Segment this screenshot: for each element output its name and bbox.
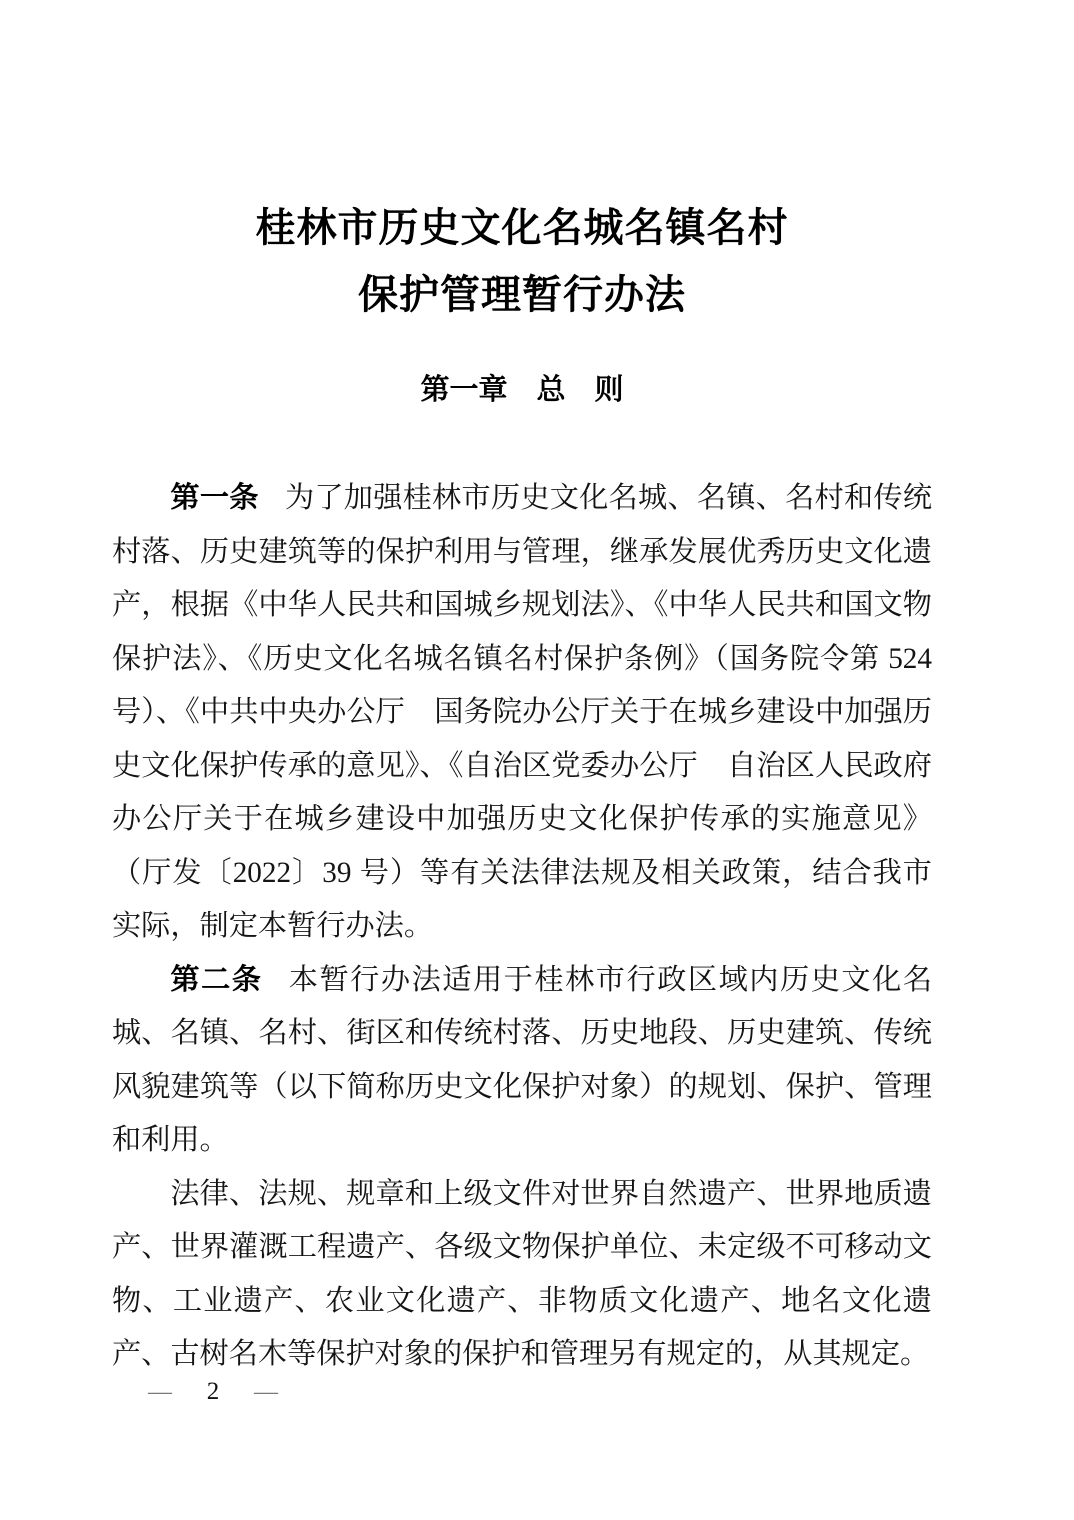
document-title: 桂林市历史文化名城名镇名村 保护管理暂行办法 [112,194,932,328]
document-title-line1: 桂林市历史文化名城名镇名村 [112,194,932,261]
document-page: 桂林市历史文化名城名镇名村 保护管理暂行办法 第一章 总 则 第一条为了加强桂林… [0,0,1074,1520]
document-title-line2: 保护管理暂行办法 [112,261,932,328]
document-body: 第一条为了加强桂林市历史文化名城、名镇、名村和传统村落、历史建筑等的保护利用与管… [112,472,932,1382]
page-footer: — 2 — [148,1378,278,1406]
article-1-number: 第一条 [170,482,258,514]
article-3-text: 法律、法规、规章和上级文件对世界自然遗产、世界地质遗产、世界灌溉工程遗产、各级文… [112,1178,932,1371]
footer-dash-right: — [254,1379,278,1406]
chapter-heading: 第一章 总 则 [112,370,932,410]
footer-dash-left: — [148,1379,172,1406]
paragraph-article-2-continued: 法律、法规、规章和上级文件对世界自然遗产、世界地质遗产、世界灌溉工程遗产、各级文… [112,1168,932,1382]
article-2-number: 第二条 [170,964,262,996]
paragraph-article-2: 第二条本暂行办法适用于桂林市行政区域内历史文化名城、名镇、名村、街区和传统村落、… [112,954,932,1168]
document-content: 桂林市历史文化名城名镇名村 保护管理暂行办法 第一章 总 则 第一条为了加强桂林… [112,0,932,1382]
paragraph-article-1: 第一条为了加强桂林市历史文化名城、名镇、名村和传统村落、历史建筑等的保护利用与管… [112,472,932,954]
page-number: 2 [207,1378,220,1406]
article-1-text: 为了加强桂林市历史文化名城、名镇、名村和传统村落、历史建筑等的保护利用与管理，继… [112,482,932,942]
